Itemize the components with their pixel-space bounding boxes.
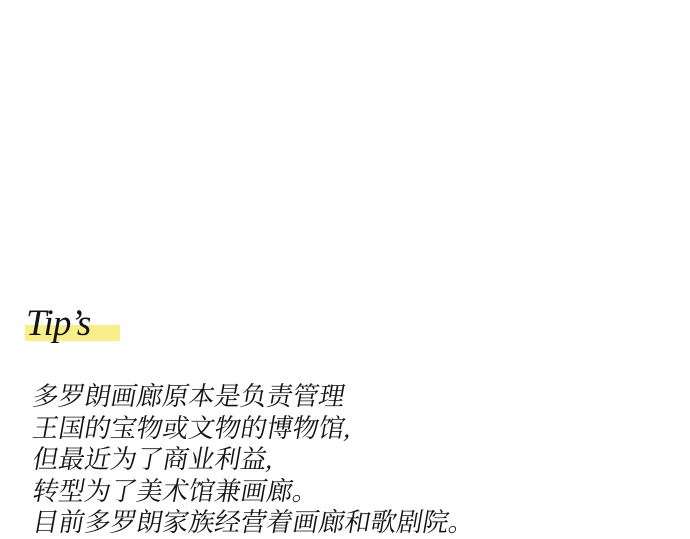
tip-text-line: 王国的宝物或文物的博物馆, (30, 413, 478, 445)
tip-text-line: 但最近为了商业利益, (30, 444, 478, 476)
tip-text-line: 多罗朗画廊原本是负责管理 (30, 381, 478, 413)
tips-note-page: Tip’s 多罗朗画廊原本是负责管理 王国的宝物或文物的博物馆, 但最近为了商业… (0, 0, 690, 539)
tip-text-line: 目前多罗朗家族经营着画廊和歌剧院。 (30, 507, 478, 539)
tip-paragraph: 多罗朗画廊原本是负责管理 王国的宝物或文物的博物馆, 但最近为了商业利益, 转型… (30, 381, 472, 539)
tips-heading: Tip’s (26, 303, 90, 345)
tip-text-line: 转型为了美术馆兼画廊。 (30, 476, 478, 508)
